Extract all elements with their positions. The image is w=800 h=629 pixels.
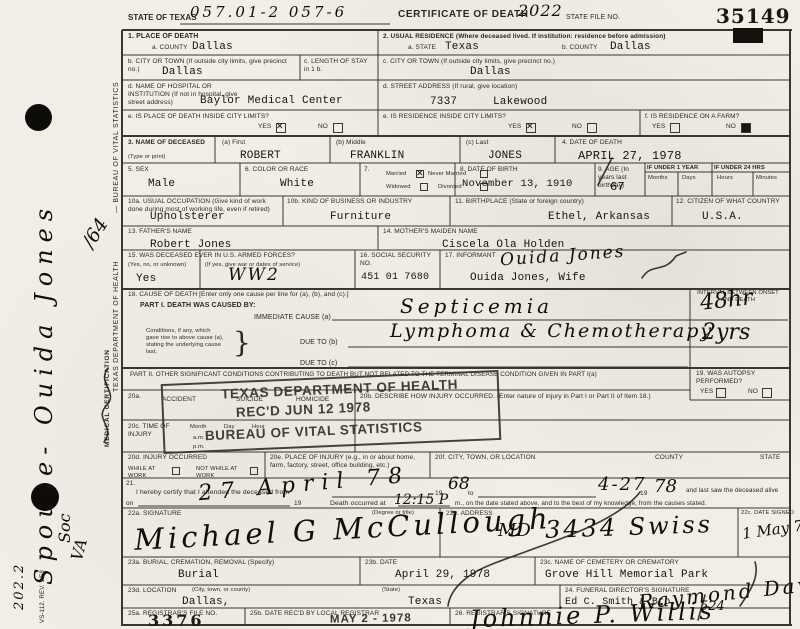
death-certificate-scan: STATE OF TEXAS 057.01-2 057-6 CERTIFICAT… xyxy=(0,0,800,629)
pen-strokes xyxy=(0,0,800,629)
